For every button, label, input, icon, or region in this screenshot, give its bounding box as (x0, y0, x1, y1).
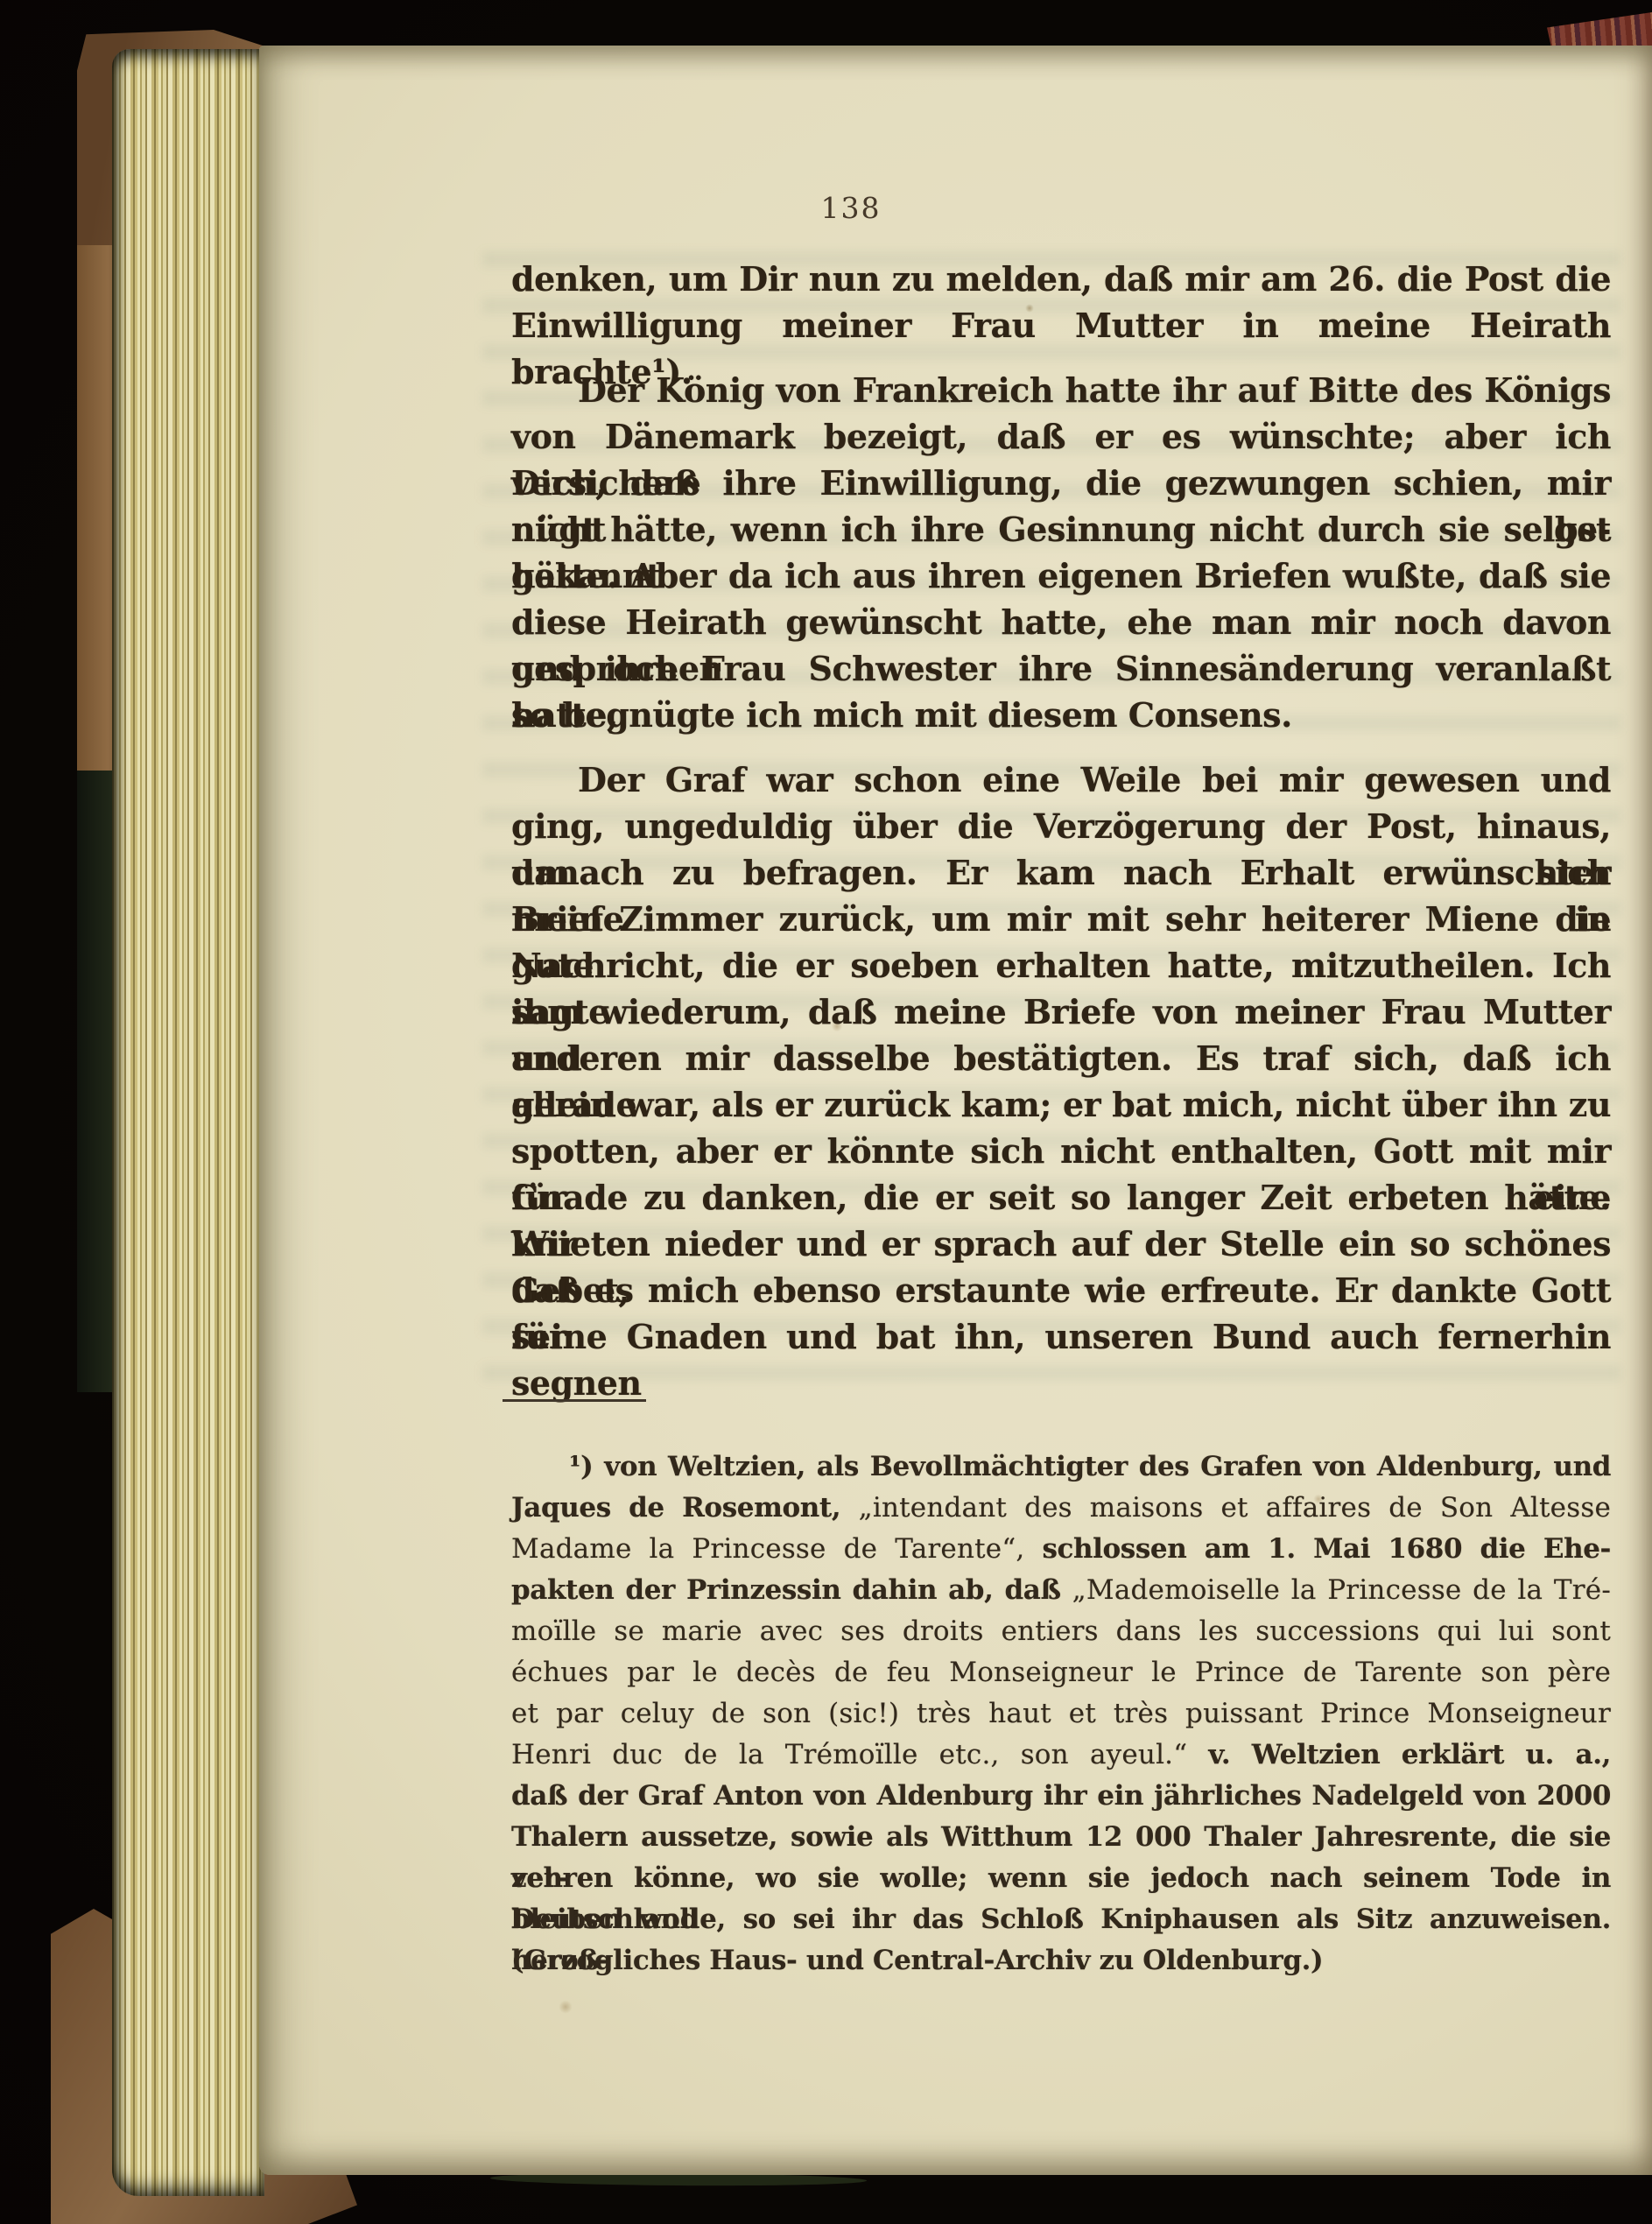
fraktur-text-segment: v. Weltzien erklärt u. a., (1208, 1739, 1611, 1770)
text-line: Der Graf war schon eine Weile bei mir ge… (511, 757, 1611, 803)
book-photo: 138 denken, um Dir nun zu melden, daß mi… (0, 0, 1652, 2224)
page-body-text: denken, um Dir nun zu melden, daß mir am… (511, 256, 1611, 1360)
text-line: denken, um Dir nun zu melden, daß mir am… (511, 256, 1611, 302)
footnote-line: bleiben wolle, so sei ihr das Schloß Kni… (511, 1899, 1611, 1940)
paragraph: denken, um Dir nun zu melden, daß mir am… (511, 256, 1611, 348)
text-line: anderen mir dasselbe bestätigten. Es tra… (511, 1035, 1611, 1081)
footnote-line: ¹) von Weltzien, als Bevollmächtigter de… (511, 1446, 1611, 1488)
text-line: danach zu befragen. Er kam nach Erhalt e… (511, 849, 1611, 896)
text-line: und ihre Frau Schwester ihre Sinnesänder… (511, 645, 1611, 692)
antiqua-text-segment: moïlle se marie avec ses droits entiers … (511, 1615, 1611, 1647)
footnote-line: herzogliches Haus- und Central-Archiv zu… (511, 1940, 1611, 1981)
text-line: Einwilligung meiner Frau Mutter in meine… (511, 302, 1611, 348)
text-line: spotten, aber er könnte sich nicht entha… (511, 1128, 1611, 1174)
fraktur-text-segment: Jaques de Rosemont, (511, 1492, 859, 1524)
text-line: diese Heirath gewünscht hatte, ehe man m… (511, 599, 1611, 645)
page-number: 138 (790, 191, 912, 225)
fraktur-text-segment: pakten der Prinzessin dahin ab, daß (511, 1574, 1072, 1606)
antiqua-text-segment: Madame la Princesse de Tarente“, (511, 1533, 1042, 1565)
text-line: daß es mich ebenso erstaunte wie erfreut… (511, 1267, 1611, 1313)
text-line: seine Gnaden und bat ihn, unseren Bund a… (511, 1313, 1611, 1360)
text-line: nügt hätte, wenn ich ihre Gesinnung nich… (511, 506, 1611, 552)
text-line: ging, ungeduldig über die Verzögerung de… (511, 803, 1611, 849)
text-line: mein Zimmer zurück, um mir mit sehr heit… (511, 896, 1611, 942)
book-page: 138 denken, um Dir nun zu melden, daß mi… (259, 46, 1652, 2175)
text-line: so begnügte ich mich mit diesem Consens. (511, 692, 1611, 738)
text-line: Der König von Frankreich hatte ihr auf B… (511, 367, 1611, 413)
antiqua-text-segment: „intendant des maisons et affaires de So… (859, 1492, 1611, 1524)
footnote-line: pakten der Prinzessin dahin ab, daß „Mad… (511, 1570, 1611, 1611)
text-line: Nachricht, die er soeben erhalten hatte,… (511, 942, 1611, 989)
fraktur-text-segment: schlossen am 1. Mai 1680 die Ehe- (1042, 1533, 1611, 1565)
antiqua-text-segment: „Mademoiselle la Princesse de la Tré- (1072, 1574, 1611, 1606)
footnote-line: échues par le decès de feu Monseigneur l… (511, 1652, 1611, 1693)
text-line: allein war, als er zurück kam; er bat mi… (511, 1081, 1611, 1128)
footnote-line: daß der Graf Anton von Aldenburg ihr ein… (511, 1776, 1611, 1817)
paragraph: Der Graf war schon eine Weile bei mir ge… (511, 757, 1611, 1360)
antiqua-text-segment: et par celuy de son (sic!) très haut et … (511, 1698, 1611, 1729)
text-line: ihm wiederum, daß meine Briefe von meine… (511, 989, 1611, 1035)
page-edge-stack (112, 49, 264, 2196)
footnote-line: Jaques de Rosemont, „intendant des maiso… (511, 1488, 1611, 1529)
text-line: von Dänemark bezeigt, daß er es wünschte… (511, 413, 1611, 460)
text-line: knieten nieder und er sprach auf der Ste… (511, 1221, 1611, 1267)
footnote-line: Henri duc de la Trémoïlle etc., son ayeu… (511, 1735, 1611, 1776)
paragraph: Der König von Frankreich hatte ihr auf B… (511, 367, 1611, 738)
footnote-separator (503, 1399, 646, 1402)
footnote-line: zehren könne, wo sie wolle; wenn sie jed… (511, 1858, 1611, 1899)
footnote-line: Thalern aussetze, sowie als Witthum 12 0… (511, 1817, 1611, 1858)
fraktur-text-segment: ¹) von Weltzien, als Bevollmächtigter de… (569, 1451, 1611, 1482)
fraktur-text-segment: daß der Graf Anton von Aldenburg ihr ein… (511, 1780, 1611, 1812)
antiqua-text-segment: échues par le decès de feu Monseigneur l… (511, 1657, 1611, 1688)
fraktur-text-segment: herzogliches Haus- und Central-Archiv zu… (511, 1945, 1323, 1976)
text-line: hätte. Aber da ich aus ihren eigenen Bri… (511, 552, 1611, 599)
footnote-line: moïlle se marie avec ses droits entiers … (511, 1611, 1611, 1652)
text-line: Gnade zu danken, die er seit so langer Z… (511, 1174, 1611, 1221)
footnote-text: ¹) von Weltzien, als Bevollmächtigter de… (511, 1446, 1611, 1981)
text-line: Dich, daß ihre Einwilligung, die gezwung… (511, 460, 1611, 506)
footnote-line: et par celuy de son (sic!) très haut et … (511, 1693, 1611, 1735)
antiqua-text-segment: Henri duc de la Trémoïlle etc., son ayeu… (511, 1739, 1208, 1770)
footnote-line: Madame la Princesse de Tarente“, schloss… (511, 1529, 1611, 1570)
